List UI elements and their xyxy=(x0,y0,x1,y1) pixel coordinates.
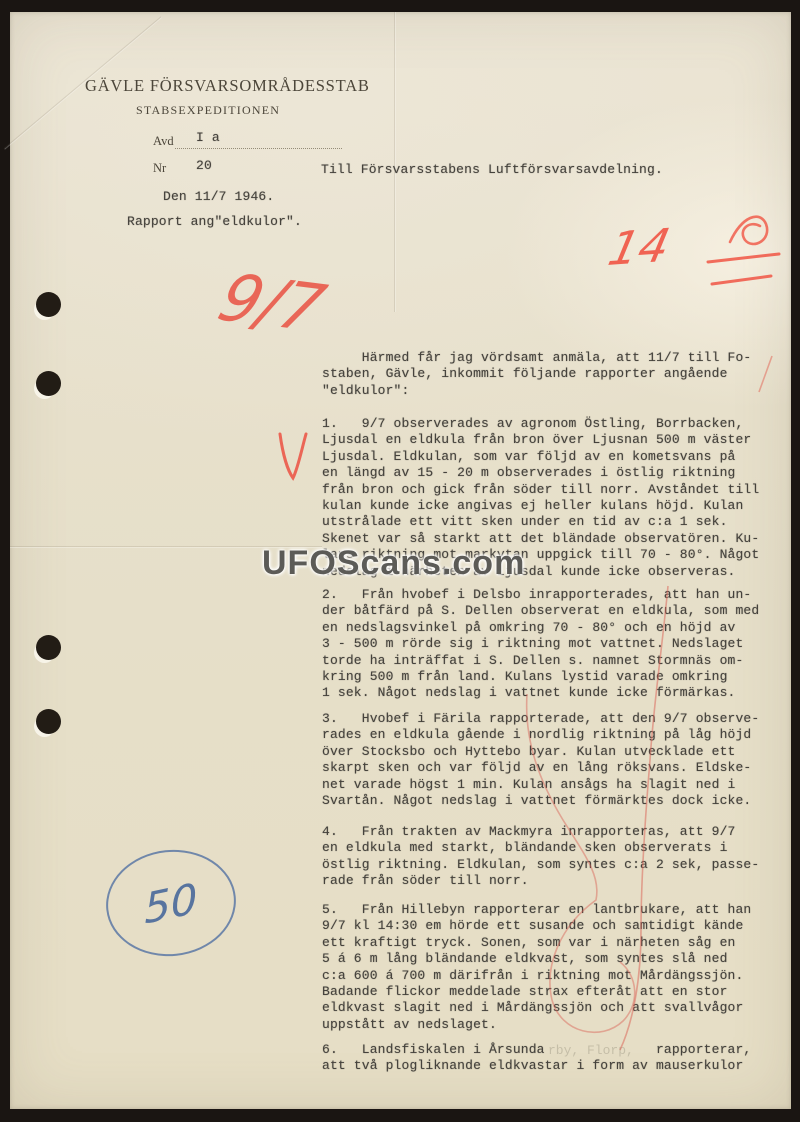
report-item-4: 4. Från trakten av Mackmyra inrapportera… xyxy=(322,824,759,890)
hole-punch xyxy=(36,635,61,660)
report-item-5: 5. Från Hillebyn rapporterar en lantbruk… xyxy=(322,902,751,1033)
nr-value: 20 xyxy=(196,158,212,174)
intro-paragraph: Härmed får jag vördsamt anmäla, att 11/7… xyxy=(322,350,751,399)
hole-punch xyxy=(36,709,61,734)
recipient-line: Till Försvarsstabens Luftförsvarsavdelni… xyxy=(321,162,663,178)
report-item-6: 6. Landsfiskalen i Årsunda rapporterar, … xyxy=(322,1042,751,1075)
red-scribble xyxy=(730,217,767,244)
watermark: UFOScans.com xyxy=(262,544,525,583)
report-item-3: 3. Hvobef i Färila rapporterade, att den… xyxy=(322,711,759,809)
avd-label: Avd xyxy=(153,134,174,149)
avd-dotted-line xyxy=(175,132,342,149)
hole-punch xyxy=(36,292,61,317)
faded-erased-text: rby, Florp, xyxy=(548,1043,634,1058)
red-underline xyxy=(712,276,771,284)
handwritten-red-date: 9/7 xyxy=(209,261,333,347)
hole-punch xyxy=(36,371,61,396)
date-line: Den 11/7 1946. xyxy=(163,189,274,205)
subject-line: Rapport ang"eldkulor". xyxy=(127,214,302,230)
red-underline xyxy=(708,254,779,262)
red-slash-mark xyxy=(759,356,772,392)
document-page: GÄVLE FÖRSVARSOMRÅDESSTAB STABSEXPEDITIO… xyxy=(10,12,791,1109)
handwritten-red-number: 14 xyxy=(604,218,675,276)
report-item-2: 2. Från hvobef i Delsbo inrapporterades,… xyxy=(322,587,759,702)
letterhead-org: GÄVLE FÖRSVARSOMRÅDESSTAB xyxy=(85,76,370,96)
nr-label: Nr xyxy=(153,161,166,176)
red-checkmark-icon xyxy=(280,434,306,478)
letterhead-dept: STABSEXPEDITIONEN xyxy=(136,103,280,118)
blue-circled-number: 50 xyxy=(101,843,241,962)
scanned-document: GÄVLE FÖRSVARSOMRÅDESSTAB STABSEXPEDITIO… xyxy=(0,0,800,1122)
